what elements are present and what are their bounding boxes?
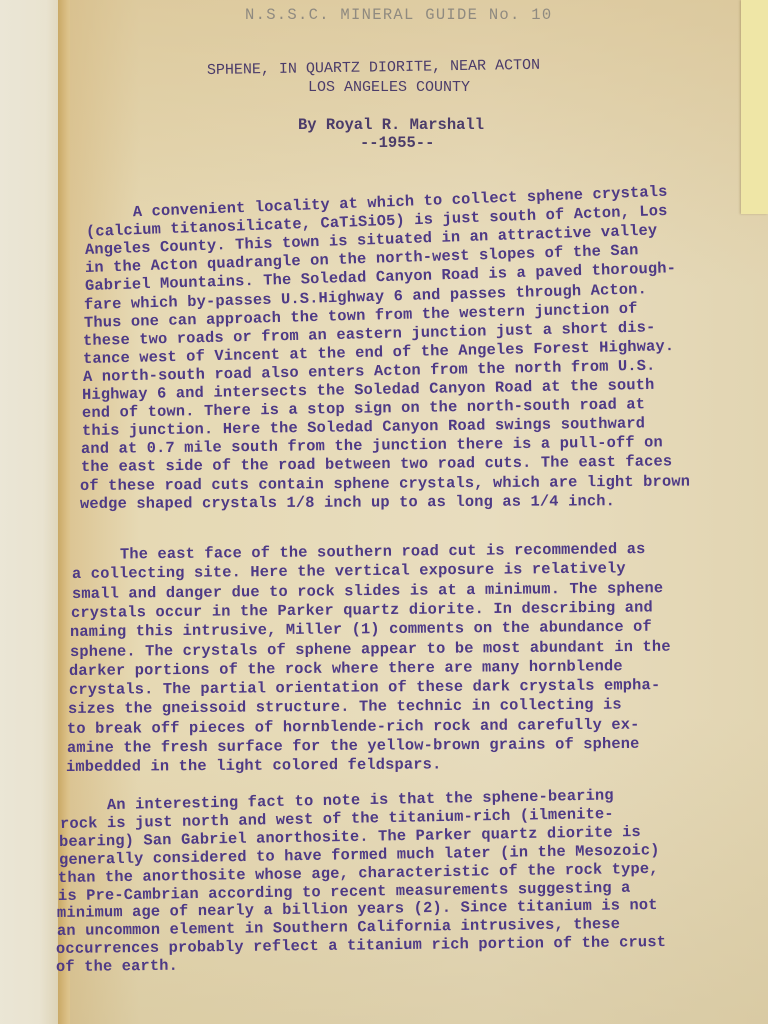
text-line: imbedded in the light colored feldspars. [66,756,442,777]
text-line: of the earth. [56,957,178,976]
facing-page [0,0,66,1024]
publication-year: --1955-- [360,134,434,152]
sticky-note [741,0,768,214]
text-line: of these road cuts contain sphene crysta… [80,472,690,494]
text-line: wedge shaped crystals 1/8 inch up to as … [80,492,615,513]
byline: By Royal R. Marshall [298,116,484,134]
title-line-2: LOS ANGELES COUNTY [308,79,470,96]
series-header: N.S.S.C. MINERAL GUIDE No. 10 [245,6,552,24]
